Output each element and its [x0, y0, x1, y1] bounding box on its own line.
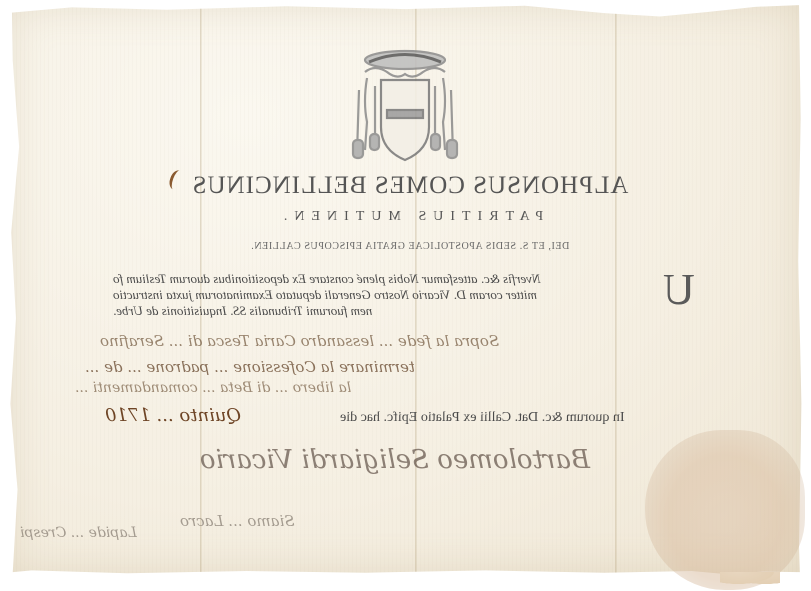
body-text-line-2: mitter coram D. Vicario Nostro Generali …: [113, 287, 661, 303]
body-text-line-3: nem fuorumi Tribunalis SS. Inquisitionis…: [113, 303, 718, 319]
closing-formula: In quorum &c. Dat. Callii ex Palatio Epi…: [340, 410, 720, 426]
handwritten-line-2: terminare la Cofessione ... padrone ... …: [85, 358, 685, 376]
bottom-note-center: Siamo ... Lacro: [180, 512, 380, 530]
body-text-line-1: Nverfis &c. attesfamur Nobis plené const…: [113, 271, 661, 287]
episcopal-coat-of-arms-icon: [345, 42, 465, 167]
handwritten-line-1: Sopra la fede ... lessandro Caria Tesca …: [100, 332, 700, 350]
bishop-name-heading: ALPHONSUS COMES BELLINCINUS: [175, 172, 645, 200]
episcopal-title-line: DEI, ET S. SEDIS APOSTOLICAE GRATIA EPIS…: [175, 241, 645, 252]
patrician-subtitle: PATRITIUS MUTINEN.: [175, 209, 645, 225]
vicar-signature: Bartolomeo Seligiardi Vicario: [200, 445, 590, 475]
bottom-note-left: Lapide ... Crespi: [20, 525, 200, 541]
handwritten-date: Quinto ... 1710: [105, 405, 345, 426]
seal-stain: [645, 430, 805, 590]
handwritten-line-3: la libero ... di Beta ... comandamenti .…: [75, 380, 735, 396]
document-scan: ALPHONSUS COMES BELLINCINUS PATRITIUS MU…: [0, 0, 811, 591]
seal-tab: [720, 572, 780, 586]
